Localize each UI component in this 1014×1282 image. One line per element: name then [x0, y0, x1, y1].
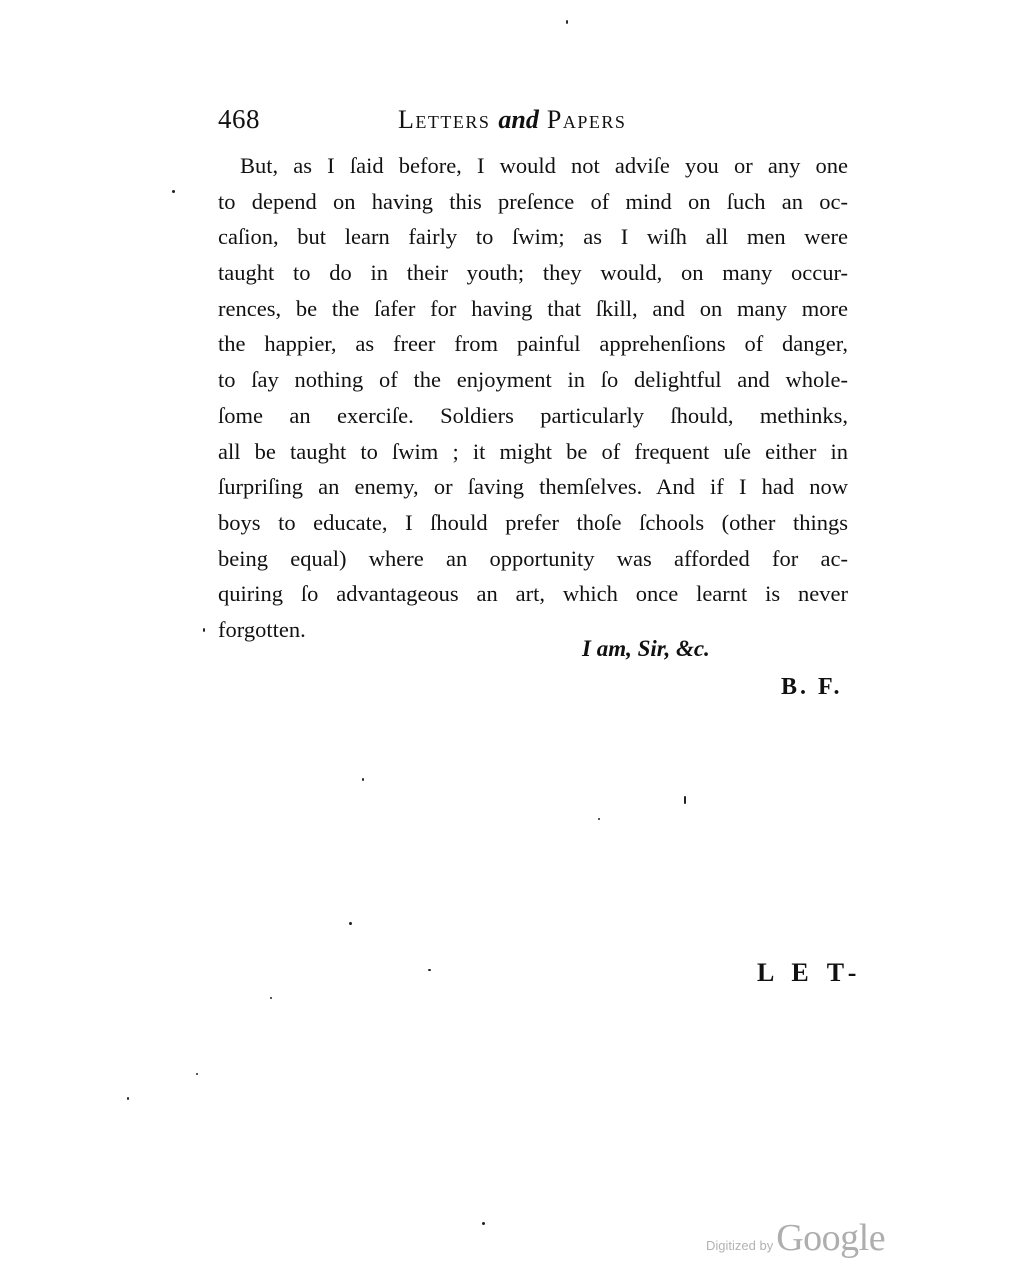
catchword: L E T- — [757, 958, 862, 988]
scan-speck — [482, 1222, 485, 1225]
text-line: quiring ſo advantageous an art, which on… — [218, 576, 848, 612]
body-paragraph: But, as I ſaid before, I would not adviſ… — [218, 148, 848, 648]
running-title-part2: Papers — [539, 105, 626, 134]
scan-speck — [428, 969, 431, 971]
text-line: to ſay nothing of the enjoyment in ſo de… — [218, 362, 848, 398]
text-line: rences, be the ſafer for having that ſki… — [218, 291, 848, 327]
scan-speck — [566, 20, 568, 24]
text-line: caſion, but learn fairly to ſwim; as I w… — [218, 219, 848, 255]
running-title: Letters and Papers — [398, 105, 626, 135]
scan-speck — [196, 1073, 198, 1075]
scan-speck — [349, 922, 352, 925]
text-line: ſome an exerciſe. Soldiers particularly … — [218, 398, 848, 434]
text-line: But, as I ſaid before, I would not adviſ… — [218, 148, 848, 184]
text-line: to depend on having this preſence of min… — [218, 184, 848, 220]
book-page: 468 Letters and Papers But, as I ſaid be… — [0, 0, 1014, 1282]
digitized-by-google-watermark: Digitized byGoogle — [706, 1216, 885, 1260]
scan-speck — [684, 796, 686, 804]
scan-speck — [270, 997, 272, 999]
text-line: being equal) where an opportunity was af… — [218, 541, 848, 577]
scan-speck — [172, 190, 175, 193]
text-line: taught to do in their youth; they would,… — [218, 255, 848, 291]
running-title-part1: Letters — [398, 105, 498, 134]
text-line: boys to educate, I ſhould prefer thoſe ſ… — [218, 505, 848, 541]
text-line: the happier, as freer from painful appre… — [218, 326, 848, 362]
letter-signoff: I am, Sir, &c. — [582, 636, 710, 662]
scan-speck — [598, 818, 600, 820]
text-line: ſurpriſing an enemy, or ſaving themſelve… — [218, 469, 848, 505]
letter-signature: B. F. — [781, 674, 842, 701]
scan-speck — [203, 628, 205, 632]
running-title-italic: and — [498, 105, 538, 134]
scan-speck — [362, 778, 364, 781]
text-line: forgotten. — [218, 612, 848, 648]
running-head: 468 Letters and Papers — [218, 104, 858, 140]
page-number: 468 — [218, 104, 260, 135]
watermark-prefix: Digitized by — [706, 1238, 773, 1253]
google-logo: Google — [776, 1217, 885, 1259]
text-line: all be taught to ſwim ; it might be of f… — [218, 434, 848, 470]
scan-speck — [127, 1097, 129, 1100]
